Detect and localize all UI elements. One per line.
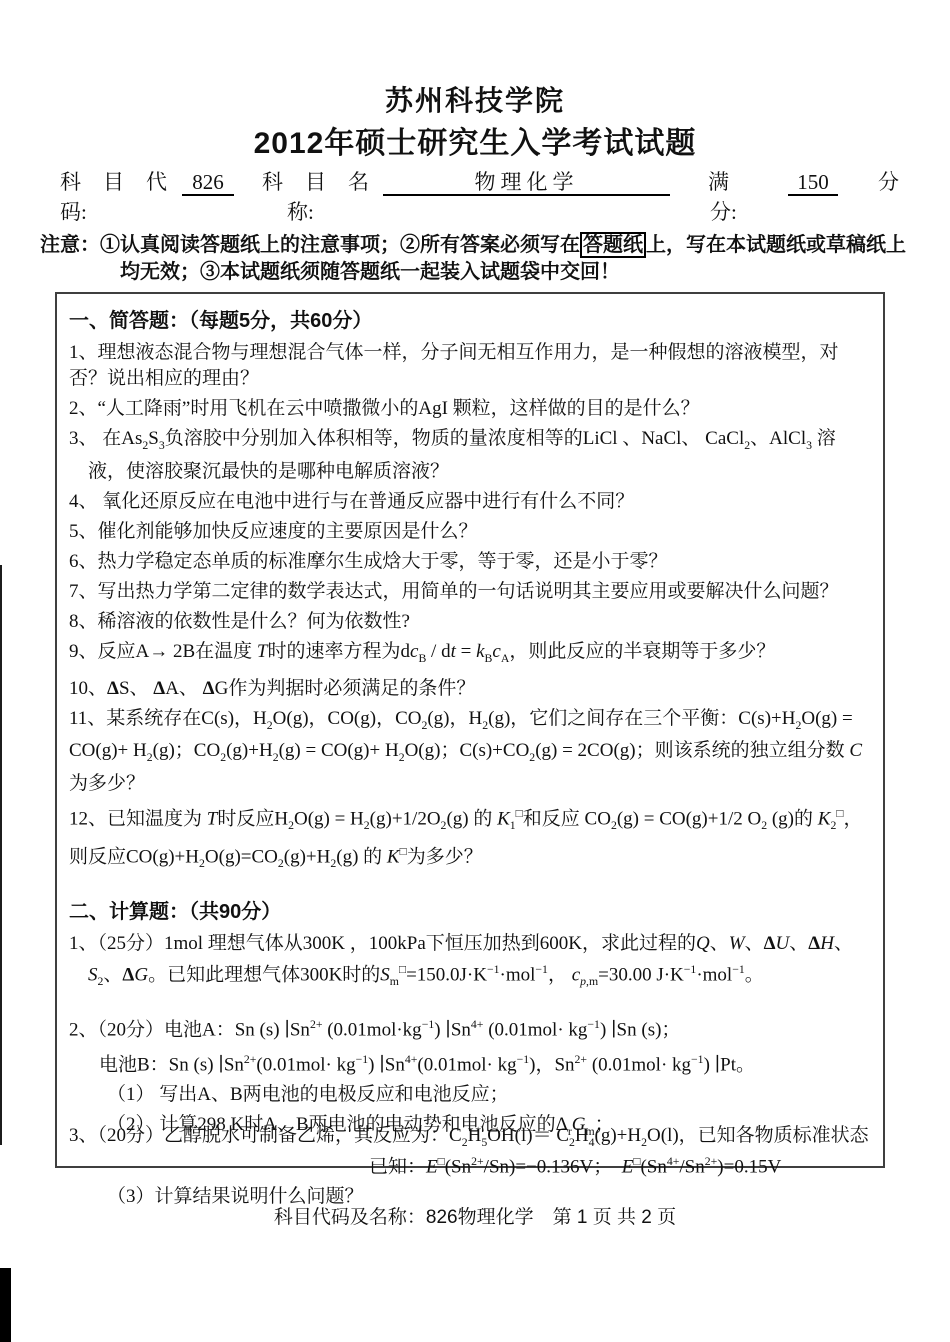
section1-heading: 一、简答题：（每题5分，共60分） xyxy=(69,306,869,336)
question-box: 一、简答题：（每题5分，共60分） 1、理想液态混合物与理想混合气体一样，分子间… xyxy=(55,292,885,1168)
notice-seg3: 均无效；③本试题纸须随答题纸一起装入试题袋中交回！ xyxy=(120,261,620,283)
question-s2-2-cellA: 2、（20分）电池A：Sn (s) ∣Sn2+ (0.01mol·kg−1) ∣… xyxy=(69,1012,869,1043)
full-score-suffix: 分 xyxy=(878,168,899,196)
subject-code-label2: 码: xyxy=(60,198,87,226)
full-score-label2: 分: xyxy=(710,198,737,226)
subject-name-label: 科目名 xyxy=(262,168,391,196)
notice-label: 注意： xyxy=(40,234,100,256)
question-s2-3: 3、（20分）乙醇脱水可制备乙烯，其反应为：C2H5OH(l)＝ C2H4(g)… xyxy=(69,1123,869,1156)
question-s1-7: 7、写出热力学第二定律的数学表达式，用简单的一句话说明其主要应用或要解决什么问题… xyxy=(69,579,869,605)
question-s2-2-part1: （1） 写出A、B两电池的电极反应和电池反应； xyxy=(107,1082,869,1108)
question-s1-2: 2、“人工降雨”时用飞机在云中喷撒微小的AgI 颗粒，这样做的目的是什么？ xyxy=(69,396,869,422)
question-s2-1: 1、（25分）1mol 理想气体从300K ，100kPa下恒压加热到600K，… xyxy=(69,931,869,995)
subject-header-row: 科目代 码: 826 科目名 称: 物理化学 满 分: 150 分 xyxy=(0,168,950,228)
question-s1-1: 1、理想液态混合物与理想混合气体一样，分子间无相互作用力，是一种假想的溶液模型，… xyxy=(69,340,869,392)
question-s1-10: 10、ΔS、 ΔA、 ΔG作为判据时必须满足的条件？ xyxy=(69,676,869,702)
scan-corner-mark xyxy=(0,1268,11,1342)
question-s1-11: 11、某系统存在C(s)，H2O(g)，CO(g)，CO2(g)，H2(g)，它… xyxy=(69,706,869,798)
question-s1-3: 3、 在As2S3负溶胶中分别加入体积相等，物质的量浓度相等的LiCl 、NaC… xyxy=(69,426,869,485)
notice-seg1: ①认真阅读答题纸上的注意事项；②所有答案必须写在 xyxy=(100,234,580,256)
full-score-value: 150 xyxy=(788,168,838,196)
question-s1-9: 9、反应A→ 2B在温度 T时的速率方程为dcB / dt = kBcA，则此反… xyxy=(69,639,869,672)
question-s1-8: 8、稀溶液的依数性是什么？何为依数性? xyxy=(69,609,869,635)
section2-heading: 二、计算题：（共90分） xyxy=(69,897,869,927)
subject-name-value: 物理化学 xyxy=(383,168,670,196)
question-s2-2-cellB: 电池B：Sn (s) ∣Sn2+(0.01mol· kg−1) ∣Sn4+(0.… xyxy=(99,1047,869,1078)
question-s2-2-part3: （3）计算结果说明什么问题？ xyxy=(107,1184,869,1210)
question-s1-6: 6、热力学稳定态单质的标准摩尔生成焓大于零，等于零，还是小于零？ xyxy=(69,549,869,575)
exam-notice: 注意：①认真阅读答题纸上的注意事项；②所有答案必须写在答题纸上，写在本试题纸或草… xyxy=(40,232,920,286)
notice-seg2: 上，写在本试题纸或草稿纸上 xyxy=(646,234,906,256)
question-s1-4: 4、 氧化还原反应在电池中进行与在普通反应器中进行有什么不同？ xyxy=(69,489,869,515)
subject-code-label: 科目代 xyxy=(60,168,189,196)
exam-title: 2012年硕士研究生入学考试试题 xyxy=(0,124,950,164)
question-s1-5: 5、催化剂能够加快反应速度的主要原因是什么？ xyxy=(69,519,869,545)
full-score-label: 满 xyxy=(708,168,729,196)
subject-name-label2: 称: xyxy=(287,198,314,226)
subject-code-value: 826 xyxy=(182,168,234,196)
question-s1-12: 12、已知温度为 T时反应H2O(g) = H2(g)+1/2O2(g) 的 K… xyxy=(69,801,869,877)
university-title: 苏州科技学院 xyxy=(0,84,950,118)
notice-boxed-term: 答题纸 xyxy=(580,232,646,258)
scan-edge-line xyxy=(0,565,2,1145)
